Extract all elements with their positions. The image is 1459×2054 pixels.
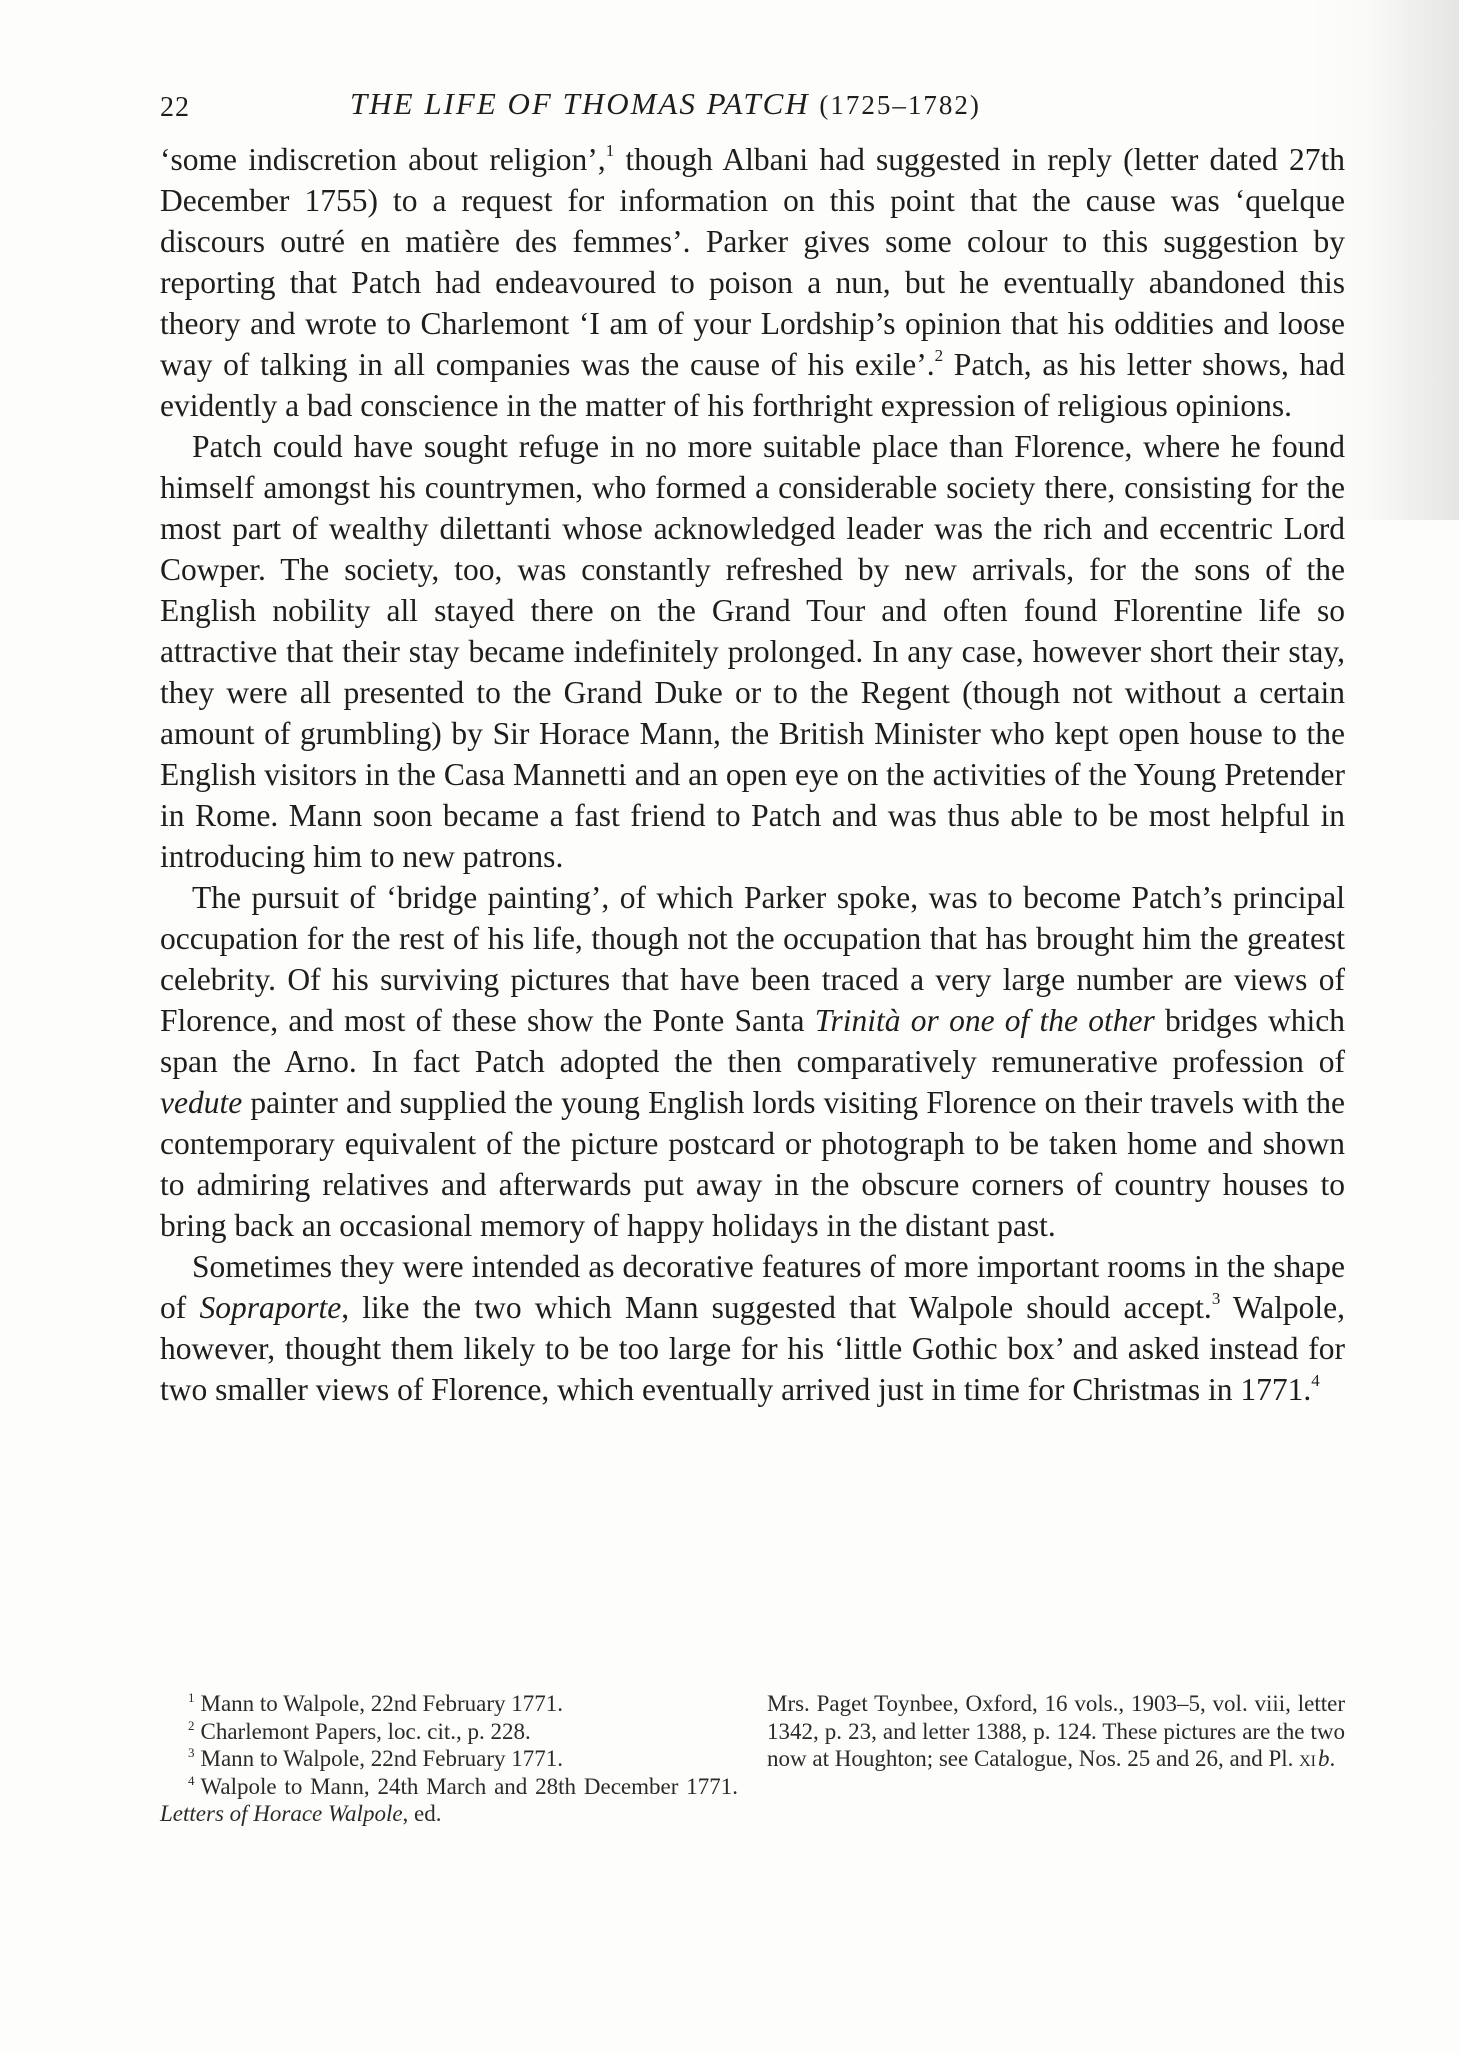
footnotes-left-column: 1Mann to Walpole, 22nd February 1771. 2C… [160,1690,738,1828]
footnote-ref-2[interactable]: 2 [935,346,944,365]
page-number: 22 [160,92,190,124]
running-title: THE LIFE OF THOMAS PATCH (1725–1782) [350,86,981,122]
footnote-4: 4Walpole to Mann, 24th March and 28th De… [160,1773,738,1828]
paragraph-1: ‘some indiscretion about religion’,1 tho… [160,139,1345,426]
body-text: ‘some indiscretion about religion’,1 tho… [160,139,1345,1410]
paragraph-2: Patch could have sought refuge in no mor… [160,426,1345,877]
footnote-4-continued: Mrs. Paget Toynbee, Oxford, 16 vols., 19… [767,1690,1345,1773]
paragraph-3: The pursuit of ‘bridge painting’, of whi… [160,877,1345,1246]
footnote-ref-4[interactable]: 4 [1311,1371,1320,1390]
footnotes: 1Mann to Walpole, 22nd February 1771. 2C… [160,1690,1345,1828]
running-head: 22 THE LIFE OF THOMAS PATCH (1725–1782) [160,86,1345,126]
title-dates: (1725–1782) [819,90,980,120]
footnote-2: 2Charlemont Papers, loc. cit., p. 228. [160,1718,738,1746]
book-title: THE LIFE OF THOMAS PATCH [350,86,810,121]
footnote-1: 1Mann to Walpole, 22nd February 1771. [160,1690,738,1718]
footnote-3: 3Mann to Walpole, 22nd February 1771. [160,1745,738,1773]
footnote-ref-1[interactable]: 1 [606,141,615,160]
paragraph-4: Sometimes they were intended as decorati… [160,1246,1345,1410]
footnotes-right-column: Mrs. Paget Toynbee, Oxford, 16 vols., 19… [767,1690,1345,1828]
